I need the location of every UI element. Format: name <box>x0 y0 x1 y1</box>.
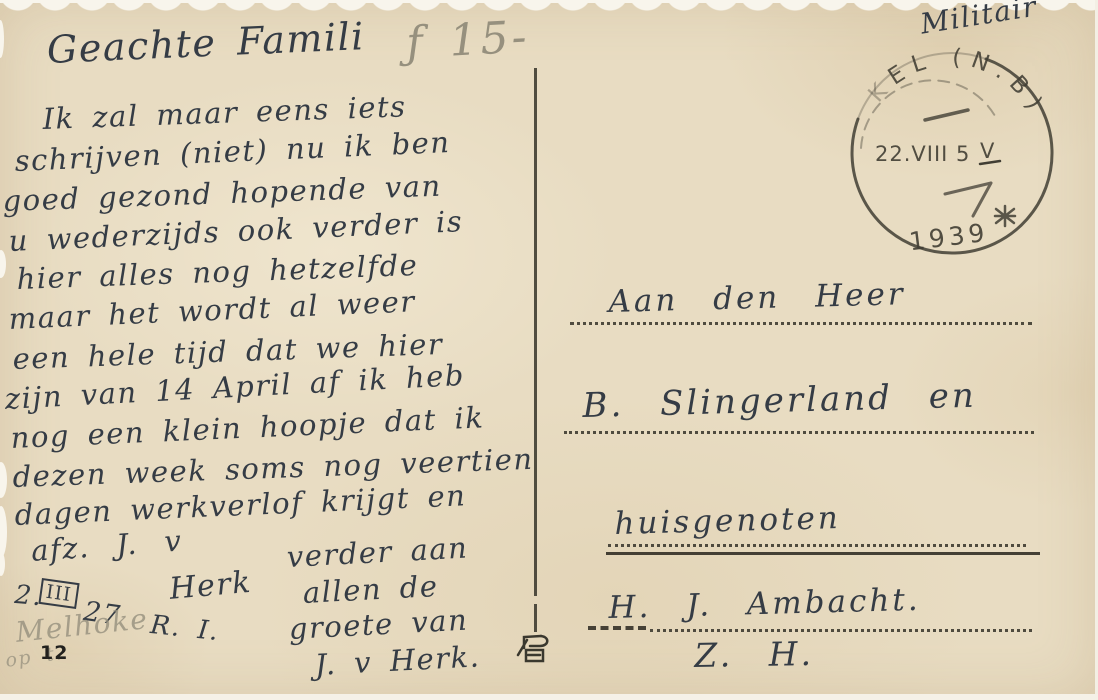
divider-line <box>534 68 537 596</box>
card-edge-bottom <box>0 694 1098 700</box>
postmark-stamp: K EL (N.B) 22.VIII 5 V 1939 <box>845 46 1059 260</box>
address-line-4: H. J. Ambacht. <box>608 582 921 626</box>
closing-line: allen de <box>302 569 439 610</box>
address-line-2: B. Slingerland en <box>582 376 977 426</box>
print-number: 12 <box>40 642 68 664</box>
edge-chip <box>0 250 6 278</box>
publisher-monogram-icon <box>514 634 558 668</box>
address-solid-rule <box>606 552 1040 555</box>
edge-chip <box>0 462 7 498</box>
postmark-date: 22.VIII 5 <box>875 142 970 166</box>
postmark-star-icon <box>995 206 1015 226</box>
deckle-edge-topline <box>0 0 1098 3</box>
edge-chip <box>0 552 5 576</box>
unit-battalion: III <box>38 578 79 609</box>
edge-chip <box>0 506 7 558</box>
postmark-killer-mark <box>945 183 991 216</box>
message-salutation: Geachte Famili <box>46 14 366 72</box>
address-line-1: Aan den Heer <box>608 276 906 320</box>
edge-chip <box>0 20 4 58</box>
address-dotted-line <box>570 322 1032 325</box>
postmark-dash <box>925 110 968 120</box>
divider-line <box>534 604 537 632</box>
unit-battalion-box: III <box>38 578 79 609</box>
address-line-5: Z. H. <box>694 634 814 675</box>
closing-signature: J. v Herk. <box>314 639 481 682</box>
address-dotted-line <box>650 629 1032 632</box>
postmark-service-letter: V <box>980 139 995 163</box>
closing-line: verder aan <box>286 531 469 574</box>
militair-note: Militair <box>918 0 1040 41</box>
postcard-scan: ƒ 15- Geachte Famili Ik zal maar eens ie… <box>0 0 1098 700</box>
pencil-price-note: ƒ 15- <box>405 12 531 69</box>
address-dotted-line <box>608 544 1026 547</box>
address-dash-marks <box>588 626 646 630</box>
sender-surname: Herk <box>168 565 253 607</box>
address-line-3: huisgenoten <box>614 500 841 542</box>
address-dotted-line <box>564 431 1034 434</box>
postcard-back: ƒ 15- Geachte Famili Ik zal maar eens ie… <box>0 0 1098 700</box>
unit-regiment: R. I. <box>149 610 221 647</box>
